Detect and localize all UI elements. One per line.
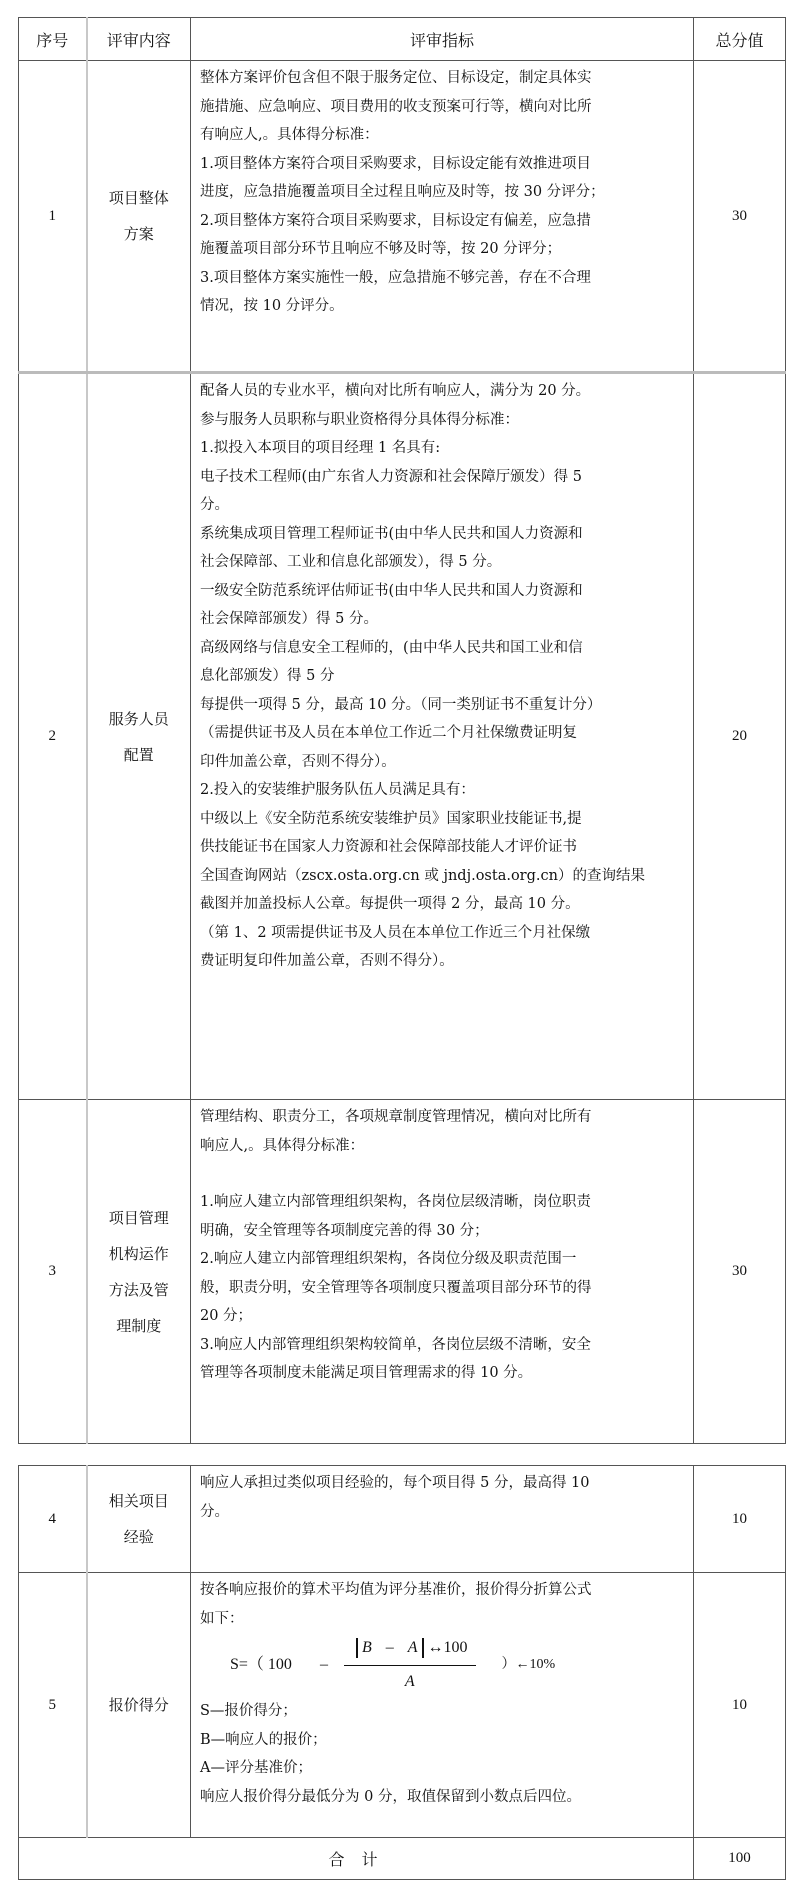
table-row: 1 项目整体 方案 整体方案评价包含但不限于服务定位、目标设定，制定具体实 施措…	[19, 61, 786, 373]
content-line: 项目整体	[88, 180, 191, 216]
criteria-line: 系统集成项目管理工程师证书(由中华人民共和国人力资源和	[200, 520, 685, 549]
criteria-line: 配备人员的专业水平，横向对比所有响应人，满分为 20 分。	[200, 377, 685, 406]
formula-fraction: B – A↔100 A	[344, 1634, 476, 1696]
criteria-line: 20 分；	[200, 1302, 685, 1331]
criteria-line: 有响应人,。具体得分标准：	[200, 121, 685, 150]
scoring-table-main: 序号 评审内容 评审指标 总分值 1 项目整体 方案 整体方案评价包含但不限于服…	[18, 17, 786, 1444]
criteria-line: 明确，安全管理等各项制度完善的得 30 分；	[200, 1217, 685, 1246]
formula-inner-minus: –	[386, 1639, 394, 1656]
row-criteria: 配备人员的专业水平，横向对比所有响应人，满分为 20 分。 参与服务人员职称与职…	[191, 373, 694, 1100]
criteria-line: A—评分基准价；	[200, 1754, 685, 1783]
criteria-line: S—报价得分；	[200, 1697, 685, 1726]
total-score: 100	[694, 1838, 786, 1880]
criteria-line: 社会保障部、工业和信息化部颁发），得 5 分。	[200, 548, 685, 577]
criteria-line: 响应人承担过类似项目经验的，每个项目得 5 分，最高得 10	[200, 1469, 685, 1498]
table-row: 4 相关项目 经验 响应人承担过类似项目经验的，每个项目得 5 分，最高得 10…	[19, 1466, 786, 1573]
criteria-line: 般，职责分明，安全管理等各项制度只覆盖项目部分环节的得	[200, 1274, 685, 1303]
content-line: 报价得分	[88, 1687, 191, 1723]
criteria-line: B—响应人的报价；	[200, 1726, 685, 1755]
criteria-line: 整体方案评价包含但不限于服务定位、目标设定，制定具体实	[200, 64, 685, 93]
formula-a: A	[408, 1639, 418, 1656]
criteria-line: 2.项目整体方案符合项目采购要求，目标设定有偏差，应急措	[200, 207, 685, 236]
row-content: 报价得分	[87, 1573, 191, 1838]
header-criteria: 评审指标	[191, 18, 694, 61]
criteria-line: 分。	[200, 1498, 685, 1527]
row-criteria: 管理结构、职责分工，各项规章制度管理情况，横向对比所有 响应人,。具体得分标准：…	[191, 1100, 694, 1444]
row-criteria: 按各响应报价的算术平均值为评分基准价，报价得分折算公式 如下： S=（ 100 …	[191, 1573, 694, 1838]
row-content: 项目整体 方案	[87, 61, 191, 373]
abs-bar-right	[422, 1638, 424, 1658]
criteria-line: 管理等各项制度未能满足项目管理需求的得 10 分。	[200, 1359, 685, 1388]
criteria-line: 进度，应急措施覆盖项目全过程且响应及时等，按 30 分评分；	[200, 178, 685, 207]
row-score: 30	[694, 1100, 786, 1444]
row-criteria: 响应人承担过类似项目经验的，每个项目得 5 分，最高得 10 分。	[191, 1466, 694, 1573]
criteria-line: 2.投入的安装维护服务队伍人员满足具有：	[200, 776, 685, 805]
abs-bar-left	[356, 1638, 358, 1658]
criteria-line: 3.响应人内部管理组织架构较简单，各岗位层级不清晰，安全	[200, 1331, 685, 1360]
criteria-line: 高级网络与信息安全工程师的，(由中华人民共和国工业和信	[200, 634, 685, 663]
row-content: 相关项目 经验	[87, 1466, 191, 1573]
blank-line	[200, 1160, 685, 1188]
criteria-line: 社会保障部颁发）得 5 分。	[200, 605, 685, 634]
header-total: 总分值	[694, 18, 786, 61]
formula-lhs: S=（ 100	[230, 1651, 292, 1680]
formula-numerator: B – A↔100	[344, 1634, 476, 1666]
criteria-line: 1.项目整体方案符合项目采购要求，目标设定能有效推进项目	[200, 150, 685, 179]
criteria-line: 按各响应报价的算术平均值为评分基准价，报价得分折算公式	[200, 1576, 685, 1605]
criteria-line: 全国查询网站（zscx.osta.org.cn 或 jndj.osta.org.…	[200, 862, 685, 891]
table-row: 5 报价得分 按各响应报价的算术平均值为评分基准价，报价得分折算公式 如下： S…	[19, 1573, 786, 1838]
criteria-line: 截图并加盖投标人公章。每提供一项得 2 分，最高 10 分。	[200, 890, 685, 919]
content-line: 相关项目	[88, 1483, 191, 1519]
criteria-line: 响应人报价得分最低分为 0 分，取值保留到小数点后四位。	[200, 1783, 685, 1812]
header-row: 序号 评审内容 评审指标 总分值	[19, 18, 786, 61]
criteria-line: 分。	[200, 491, 685, 520]
price-score-formula: S=（ 100 – B – A↔100 A ）←10%	[200, 1633, 685, 1697]
formula-multiplier: ↔100	[428, 1639, 468, 1656]
content-line: 理制度	[88, 1308, 191, 1344]
content-line: 经验	[88, 1519, 191, 1555]
criteria-line: 情况，按 10 分评分。	[200, 292, 685, 321]
table-row: 2 服务人员 配置 配备人员的专业水平，横向对比所有响应人，满分为 20 分。 …	[19, 373, 786, 1100]
criteria-line: 3.项目整体方案实施性一般，应急措施不够完善，存在不合理	[200, 264, 685, 293]
header-content: 评审内容	[87, 18, 191, 61]
criteria-line: 中级以上《安全防范系统安装维护员》国家职业技能证书,提	[200, 805, 685, 834]
criteria-line: 施覆盖项目部分环节且响应不够及时等，按 20 分评分；	[200, 235, 685, 264]
criteria-line: 费证明复印件加盖公章，否则不得分）。	[200, 947, 685, 976]
criteria-line: 1.拟投入本项目的项目经理 1 名具有:	[200, 434, 685, 463]
row-number: 2	[19, 373, 87, 1100]
table-row: 3 项目管理 机构运作 方法及管 理制度 管理结构、职责分工，各项规章制度管理情…	[19, 1100, 786, 1444]
row-score: 10	[694, 1573, 786, 1838]
criteria-line: 如下：	[200, 1605, 685, 1634]
row-number: 4	[19, 1466, 87, 1573]
criteria-line: 一级安全防范系统评估师证书(由中华人民共和国人力资源和	[200, 577, 685, 606]
scoring-table-continued: 4 相关项目 经验 响应人承担过类似项目经验的，每个项目得 5 分，最高得 10…	[18, 1465, 786, 1880]
content-line: 方案	[88, 216, 191, 252]
formula-denominator: A	[405, 1666, 415, 1697]
criteria-line: 管理结构、职责分工，各项规章制度管理情况，横向对比所有	[200, 1103, 685, 1132]
row-number: 3	[19, 1100, 87, 1444]
content-line: 机构运作	[88, 1236, 191, 1272]
criteria-line: 响应人,。具体得分标准：	[200, 1132, 685, 1161]
criteria-line: 每提供一项得 5 分，最高 10 分。（同一类别证书不重复计分）	[200, 691, 685, 720]
row-score: 30	[694, 61, 786, 373]
formula-tail: ）←10%	[502, 1651, 556, 1680]
criteria-line: 施措施、应急响应、项目费用的收支预案可行等，横向对比所	[200, 93, 685, 122]
criteria-line: 1.响应人建立内部管理组织架构，各岗位层级清晰，岗位职责	[200, 1188, 685, 1217]
row-content: 服务人员 配置	[87, 373, 191, 1100]
criteria-line: 供技能证书在国家人力资源和社会保障部技能人才评价证书	[200, 833, 685, 862]
row-number: 5	[19, 1573, 87, 1838]
total-row: 合 计 100	[19, 1838, 786, 1880]
criteria-line: 电子技术工程师(由广东省人力资源和社会保障厅颁发）得 5	[200, 463, 685, 492]
criteria-line: 2.响应人建立内部管理组织架构，各岗位分级及职责范围一	[200, 1245, 685, 1274]
header-no: 序号	[19, 18, 87, 61]
formula-minus: –	[320, 1651, 328, 1680]
criteria-line: 息化部颁发）得 5 分	[200, 662, 685, 691]
criteria-line: （需提供证书及人员在本单位工作近二个月社保缴费证明复	[200, 719, 685, 748]
formula-b: B	[362, 1639, 372, 1656]
criteria-line: 参与服务人员职称与职业资格得分具体得分标准：	[200, 406, 685, 435]
criteria-line: 印件加盖公章，否则不得分）。	[200, 748, 685, 777]
row-score: 10	[694, 1466, 786, 1573]
criteria-line: （第 1、2 项需提供证书及人员在本单位工作近三个月社保缴	[200, 919, 685, 948]
content-line: 配置	[88, 737, 191, 773]
content-line: 服务人员	[88, 701, 191, 737]
content-line: 方法及管	[88, 1272, 191, 1308]
content-line: 项目管理	[88, 1200, 191, 1236]
total-label: 合 计	[19, 1838, 694, 1880]
row-content: 项目管理 机构运作 方法及管 理制度	[87, 1100, 191, 1444]
row-number: 1	[19, 61, 87, 373]
row-score: 20	[694, 373, 786, 1100]
row-criteria: 整体方案评价包含但不限于服务定位、目标设定，制定具体实 施措施、应急响应、项目费…	[191, 61, 694, 373]
